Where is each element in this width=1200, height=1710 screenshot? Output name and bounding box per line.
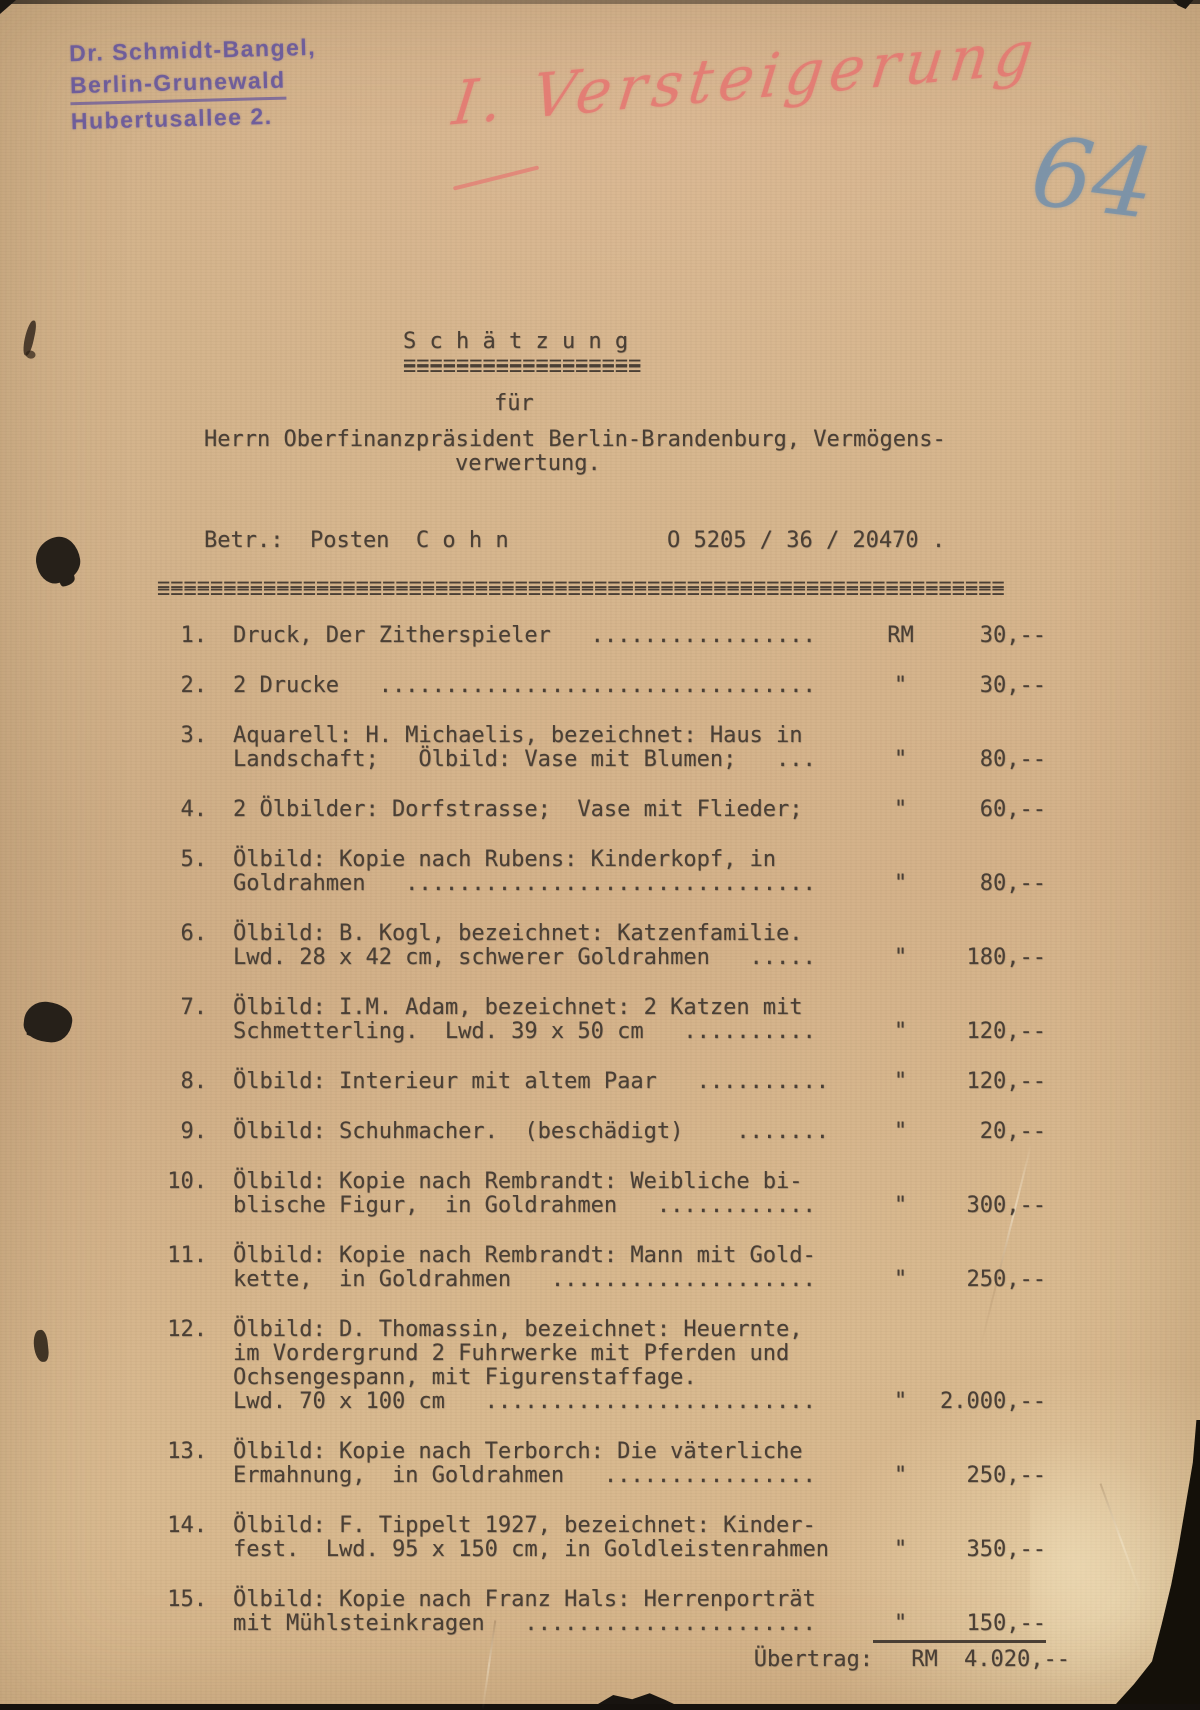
item-amount: 30,-- — [928, 624, 1046, 648]
item-amount: 2.000,-- — [928, 1390, 1046, 1414]
item-money: RM 4.020,-- — [897, 1648, 1070, 1672]
table-row: 7. Ölbild: I.M. Adam, bezeichnet: 2 Katz… — [0, 996, 1200, 1044]
handwritten-underline-stroke — [453, 165, 539, 190]
carryover-currency: RM — [897, 1648, 952, 1672]
item-money: " 180,-- — [873, 946, 1046, 970]
table-row: 13. Ölbild: Kopie nach Terborch: Die vät… — [0, 1440, 1200, 1488]
appraisal-items-list: 1. Druck, Der Zitherspieler ............… — [0, 624, 1200, 1698]
item-number: 14. — [0, 1514, 207, 1538]
item-description: Ölbild: D. Thomassin, bezeichnet: Heuern… — [233, 1318, 873, 1414]
item-description: 2 Drucke ...............................… — [233, 674, 873, 698]
separator-rule: ========================================… — [157, 574, 1005, 598]
carryover-row: Übertrag: RM 4.020,-- — [0, 1648, 1200, 1672]
item-description: Ölbild: Kopie nach Rembrandt: Weibliche … — [233, 1170, 873, 1218]
item-amount: 180,-- — [928, 946, 1046, 970]
item-number: 10. — [0, 1170, 207, 1194]
table-row: 11. Ölbild: Kopie nach Rembrandt: Mann m… — [0, 1244, 1200, 1292]
item-money: " 80,-- — [873, 872, 1046, 896]
item-money: " 80,-- — [873, 748, 1046, 772]
file-reference-number: O 5205 / 36 / 20470 . — [667, 529, 945, 553]
item-money: " 120,-- — [873, 1020, 1046, 1044]
address-stamp: Dr. Schmidt-Bangel, Berlin-Grunewald Hub… — [69, 31, 319, 137]
item-money: " 350,-- — [873, 1538, 1046, 1562]
item-currency: " — [873, 1464, 928, 1488]
subject-line: Betr.: Posten C o h n — [204, 529, 509, 553]
item-currency: " — [873, 1194, 928, 1218]
table-row: 12. Ölbild: D. Thomassin, bezeichnet: He… — [0, 1318, 1200, 1414]
item-number: 3. — [0, 724, 207, 748]
carryover-total: 4.020,-- — [952, 1648, 1070, 1672]
item-number: 4. — [0, 798, 207, 822]
item-money: " 250,-- — [873, 1464, 1046, 1488]
item-amount: 80,-- — [928, 872, 1046, 896]
item-number: 9. — [0, 1120, 207, 1144]
table-row: 10. Ölbild: Kopie nach Rembrandt: Weibli… — [0, 1170, 1200, 1218]
item-number: 1. — [0, 624, 207, 648]
for-word: für — [494, 392, 534, 416]
page-title-underline: ================== — [403, 352, 641, 376]
item-currency: " — [873, 1268, 928, 1292]
item-description: Ölbild: Schuhmacher. (beschädigt) ......… — [233, 1120, 873, 1144]
item-number: 15. — [0, 1588, 207, 1612]
item-amount: 250,-- — [928, 1268, 1046, 1292]
handwritten-page-number: 64 — [1026, 115, 1161, 241]
item-amount: 60,-- — [928, 798, 1046, 822]
addressee-line-2: verwertung. — [455, 452, 601, 476]
item-number: 11. — [0, 1244, 207, 1268]
item-money: " 2.000,-- — [873, 1390, 1046, 1414]
item-description: Aquarell: H. Michaelis, bezeichnet: Haus… — [233, 724, 873, 772]
item-money: " 120,-- — [873, 1070, 1046, 1094]
item-currency: " — [873, 1020, 928, 1044]
item-amount: 250,-- — [928, 1464, 1046, 1488]
item-amount: 350,-- — [928, 1538, 1046, 1562]
item-money: " 20,-- — [873, 1120, 1046, 1144]
item-description: Ölbild: F. Tippelt 1927, bezeichnet: Kin… — [233, 1514, 873, 1562]
item-money: " 250,-- — [873, 1268, 1046, 1292]
item-money: " 300,-- — [873, 1194, 1046, 1218]
item-description: 2 Ölbilder: Dorfstrasse; Vase mit Fliede… — [233, 798, 873, 822]
paper-blemish-upper — [21, 319, 37, 356]
item-number: 12. — [0, 1318, 207, 1342]
item-amount: 300,-- — [928, 1194, 1046, 1218]
item-currency: " — [873, 1120, 928, 1144]
addressee-line-1: Herrn Oberfinanzpräsident Berlin-Branden… — [204, 428, 946, 452]
item-number: 8. — [0, 1070, 207, 1094]
item-money: RM 30,-- — [873, 624, 1046, 648]
item-description: Ölbild: B. Kogl, bezeichnet: Katzenfamil… — [233, 922, 873, 970]
item-currency: " — [873, 1390, 928, 1414]
item-currency: " — [873, 872, 928, 896]
item-description: Ölbild: Kopie nach Rubens: Kinderkopf, i… — [233, 848, 873, 896]
item-description: Ölbild: Interieur mit altem Paar .......… — [233, 1070, 873, 1094]
item-money: " 30,-- — [873, 674, 1046, 698]
table-row: 4. 2 Ölbilder: Dorfstrasse; Vase mit Fli… — [0, 798, 1200, 822]
table-row: 14. Ölbild: F. Tippelt 1927, bezeichnet:… — [0, 1514, 1200, 1562]
table-row: 3. Aquarell: H. Michaelis, bezeichnet: H… — [0, 724, 1200, 772]
paper-top-edge-shadow — [0, 0, 1200, 4]
item-amount: 20,-- — [928, 1120, 1046, 1144]
item-currency: " — [873, 1612, 928, 1636]
item-currency: RM — [873, 624, 928, 648]
table-row: 6. Ölbild: B. Kogl, bezeichnet: Katzenfa… — [0, 922, 1200, 970]
handwritten-auction-note: I. Versteigerung — [449, 14, 1075, 139]
document-page: Dr. Schmidt-Bangel, Berlin-Grunewald Hub… — [0, 0, 1200, 1704]
item-amount: 80,-- — [928, 748, 1046, 772]
item-currency: " — [873, 1538, 928, 1562]
item-currency: " — [873, 674, 928, 698]
table-row: 8. Ölbild: Interieur mit altem Paar ....… — [0, 1070, 1200, 1094]
table-row: 2. 2 Drucke ............................… — [0, 674, 1200, 698]
item-description: Druck, Der Zitherspieler ...............… — [233, 624, 873, 648]
paper-notch-top-right — [1170, 0, 1196, 9]
item-money: " 150,-- — [873, 1612, 1046, 1643]
item-amount: 120,-- — [928, 1020, 1046, 1044]
stamp-city-line: Berlin-Grunewald — [70, 64, 287, 106]
item-description: Ölbild: I.M. Adam, bezeichnet: 2 Katzen … — [233, 996, 873, 1044]
item-money: " 60,-- — [873, 798, 1046, 822]
item-currency: " — [873, 1070, 928, 1094]
item-amount: 150,-- — [928, 1612, 1046, 1636]
paper-hole-upper — [33, 534, 83, 586]
item-description: Ölbild: Kopie nach Terborch: Die väterli… — [233, 1440, 873, 1488]
item-number: 2. — [0, 674, 207, 698]
item-currency: " — [873, 946, 928, 970]
item-number: 7. — [0, 996, 207, 1020]
item-description: Ölbild: Kopie nach Rembrandt: Mann mit G… — [233, 1244, 873, 1292]
item-currency: " — [873, 748, 928, 772]
table-row: 15. Ölbild: Kopie nach Franz Hals: Herre… — [0, 1588, 1200, 1636]
item-number: 6. — [0, 922, 207, 946]
item-number: 5. — [0, 848, 207, 872]
item-number: 13. — [0, 1440, 207, 1464]
table-row: 1. Druck, Der Zitherspieler ............… — [0, 624, 1200, 648]
stamp-street-line: Hubertusallee 2. — [71, 99, 319, 137]
item-currency: " — [873, 798, 928, 822]
table-row: 5. Ölbild: Kopie nach Rubens: Kinderkopf… — [0, 848, 1200, 896]
item-description: Ölbild: Kopie nach Franz Hals: Herrenpor… — [233, 1588, 873, 1636]
item-amount: 30,-- — [928, 674, 1046, 698]
item-amount: 120,-- — [928, 1070, 1046, 1094]
table-row: 9. Ölbild: Schuhmacher. (beschädigt) ...… — [0, 1120, 1200, 1144]
carryover-label: Übertrag: — [233, 1648, 897, 1672]
